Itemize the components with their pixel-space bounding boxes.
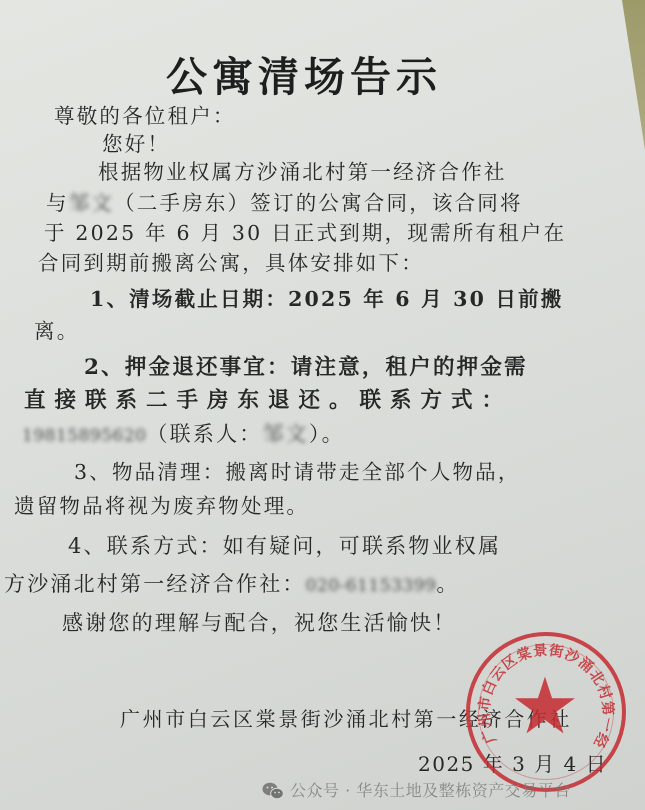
seal-star-icon: ★ <box>510 668 580 746</box>
item-1-line-1: 1、清场截止日期：2025 年 6 月 30 日前搬 <box>90 282 564 312</box>
item-4-line-2: 方沙涌北村第一经济合作社：020-61153399。 <box>4 568 460 598</box>
wechat-icon <box>262 782 284 800</box>
salutation: 尊敬的各位租户： <box>54 99 236 129</box>
intro-line-2: 与邹文（二手房东）签订的公寓合同，该合同将 <box>46 186 523 216</box>
closing-line: 感谢您的理解与配合，祝您生活愉快！ <box>62 607 456 637</box>
item-3-line-1: 3、物品清理：搬离时请带走全部个人物品， <box>74 455 521 485</box>
wechat-watermark: 公众号 · 华东土地及整栋资产交易平台 <box>262 778 571 801</box>
redacted-landlord-phone: 19815895620 <box>22 426 146 446</box>
intro-line-2-prefix: 与 <box>46 191 69 215</box>
official-seal: 广州市白云区棠景街沙涌北村第一经济合作社 ★ <box>466 632 626 792</box>
item-4-line-2-prefix: 方沙涌北村第一经济合作社： <box>4 572 306 596</box>
intro-line-1: 根据物业权属方沙涌北村第一经济合作社 <box>98 155 507 185</box>
item-1-line-2: 离。 <box>34 314 79 344</box>
intro-line-4: 合同到期前搬离公寓，具体安排如下： <box>38 246 424 276</box>
item-2-line-3-end: ）。 <box>309 422 345 446</box>
intro-line-2-suffix: （二手房东）签订的公寓合同，该合同将 <box>114 191 523 215</box>
intro-line-3: 于 2025 年 6 月 30 日正式到期，现需所有租户在 <box>44 216 566 246</box>
item-4-line-2-end: 。 <box>436 572 459 596</box>
notice-title: 公寓清场告示 <box>166 44 442 103</box>
item-2-line-1: 2、押金退还事宜：请注意，租户的押金需 <box>84 350 528 381</box>
item-2-line-2: 直接联系二手房东退还。联系方式： <box>24 383 512 414</box>
greeting: 您好！ <box>102 127 170 157</box>
item-3-line-2: 遗留物品将视为废弃物处理。 <box>14 489 309 519</box>
item-4-line-1: 4、联系方式：如有疑问，可联系物业权属 <box>68 530 501 560</box>
watermark-text: 公众号 · 华东土地及整栋资产交易平台 <box>290 781 571 800</box>
item-2-line-3: 19815895620（联系人：邹文）。 <box>22 418 345 448</box>
redacted-cooperative-phone: 020-61153399 <box>306 576 437 596</box>
redacted-contact-name: 邹文 <box>262 418 308 448</box>
contact-person-label: （联系人： <box>146 422 262 446</box>
redacted-landlord-name: 邹文 <box>69 186 114 216</box>
